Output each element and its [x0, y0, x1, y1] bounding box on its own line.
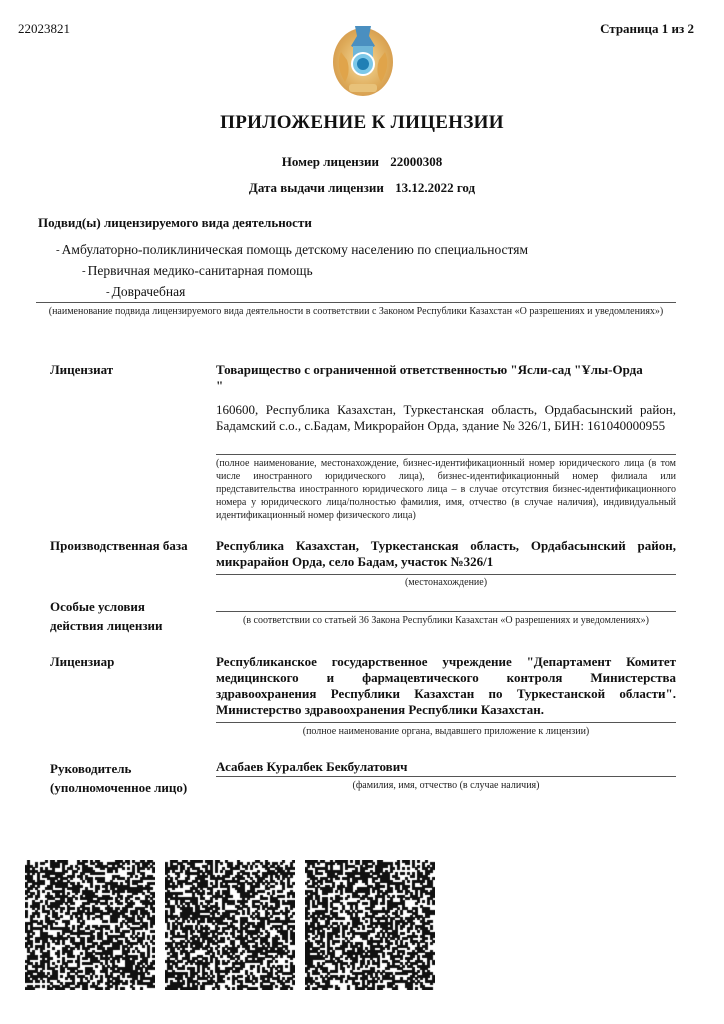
license-date-label: Дата выдачи лицензии	[249, 180, 384, 195]
licensee-name: Товарищество с ограниченной ответственно…	[216, 362, 676, 394]
license-number-line: Номер лицензии 22000308	[0, 154, 724, 170]
production-base-label: Производственная база	[50, 536, 188, 555]
license-number-label: Номер лицензии	[282, 154, 379, 169]
activity-text: Первичная медико-санитарная помощь	[88, 263, 313, 278]
qr-code-2	[165, 860, 295, 990]
head-caption: (фамилия, имя, отчество (в случае наличи…	[216, 779, 676, 792]
dash-bullet: -	[56, 244, 60, 256]
activities-divider	[36, 302, 676, 303]
licensee-name-line-1: Товарищество с ограниченной ответственно…	[216, 362, 676, 378]
activity-item-level-1: -Амбулаторно-поликлиническая помощь детс…	[56, 242, 528, 258]
license-number-value: 22000308	[390, 154, 442, 169]
document-title: ПРИЛОЖЕНИЕ К ЛИЦЕНЗИИ	[0, 112, 724, 134]
activity-item-level-3: -Доврачебная	[106, 284, 185, 300]
production-base-caption: (местонахождение)	[216, 576, 676, 589]
production-base-value: Республика Казахстан, Туркестанская обла…	[216, 538, 676, 570]
qr-code-pattern	[25, 860, 155, 990]
licensor-caption: (полное наименование органа, выдавшего п…	[216, 725, 676, 738]
head-name: Асабаев Куралбек Бекбулатович	[216, 759, 676, 775]
qr-code-pattern	[305, 860, 435, 990]
qr-code-pattern	[165, 860, 295, 990]
dash-bullet: -	[106, 286, 110, 298]
special-conditions-label-line-1: Особые условия	[50, 597, 163, 616]
special-conditions-label-line-2: действия лицензии	[50, 616, 163, 635]
head-label-line-1: Руководитель	[50, 759, 187, 778]
licensor-value: Республиканское государственное учрежден…	[216, 654, 676, 718]
special-conditions-label: Особые условия действия лицензии	[50, 597, 163, 635]
licensee-label: Лицензиат	[50, 360, 113, 379]
special-conditions-caption: (в соответствии со статьей 36 Закона Рес…	[216, 614, 676, 627]
licensor-label: Лицензиар	[50, 652, 114, 671]
qr-code-1	[25, 860, 155, 990]
state-emblem-icon	[331, 22, 395, 98]
activities-caption: (наименование подвида лицензируемого вид…	[36, 305, 676, 318]
license-date-value: 13.12.2022 год	[395, 180, 475, 195]
activity-text: Доврачебная	[112, 284, 186, 299]
licensee-address: 160600, Республика Казахстан, Туркестанс…	[216, 402, 676, 434]
license-date-line: Дата выдачи лицензии 13.12.2022 год	[0, 180, 724, 196]
page-indicator: Страница 1 из 2	[600, 21, 694, 37]
licensee-caption: (полное наименование, местонахождение, б…	[216, 457, 676, 522]
special-conditions-value	[216, 596, 676, 610]
licensee-divider	[216, 454, 676, 455]
qr-code-3	[305, 860, 435, 990]
head-label: Руководитель (уполномоченное лицо)	[50, 759, 187, 797]
production-base-divider	[216, 574, 676, 575]
licensee-name-line-2: "	[216, 378, 676, 394]
document-number: 22023821	[18, 21, 70, 37]
head-divider	[216, 776, 676, 777]
special-conditions-divider	[216, 611, 676, 612]
licensor-divider	[216, 722, 676, 723]
dash-bullet: -	[82, 265, 86, 277]
activities-heading: Подвид(ы) лицензируемого вида деятельнос…	[38, 215, 312, 231]
head-label-line-2: (уполномоченное лицо)	[50, 778, 187, 797]
activity-item-level-2: -Первичная медико-санитарная помощь	[82, 263, 313, 279]
activity-text: Амбулаторно-поликлиническая помощь детск…	[62, 242, 528, 257]
